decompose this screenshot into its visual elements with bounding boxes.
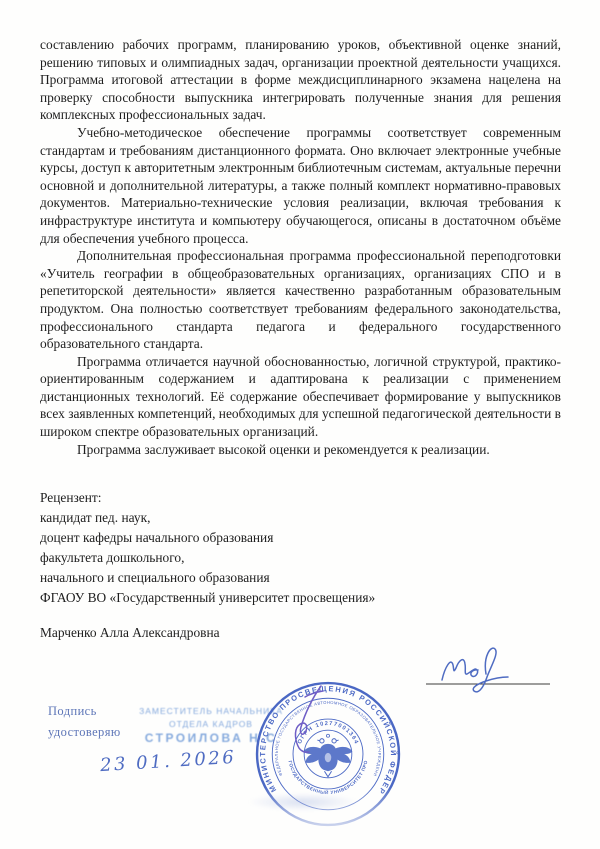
signature-stroke	[442, 648, 508, 692]
certifier-signature-drawing	[283, 683, 335, 765]
document-body: составлению рабочих программ, планирован…	[40, 36, 561, 641]
paragraph-1: составлению рабочих программ, планирован…	[40, 36, 561, 124]
handwritten-date: 23 01. 2026	[99, 747, 236, 776]
certifier-signature	[283, 683, 335, 765]
reviewer-block: Рецензент: кандидат пед. наук, доцент ка…	[40, 488, 561, 607]
reviewer-line: начального и специального образования	[40, 568, 561, 588]
certification-line: Подпись	[48, 701, 121, 722]
reviewer-line: кандидат пед. наук,	[40, 508, 561, 528]
paragraph-4: Программа отличается научной обоснованно…	[40, 353, 561, 441]
paragraph-5: Программа заслуживает высокой оценки и р…	[40, 441, 561, 459]
paragraph-3: Дополнительная профессиональная программ…	[40, 247, 561, 353]
document-page: составлению рабочих программ, планирован…	[0, 0, 600, 849]
signature-drawing	[420, 644, 560, 694]
certification-line: удостоверяю	[48, 722, 121, 743]
reviewer-label: Рецензент:	[40, 488, 561, 508]
reviewer-line: доцент кафедры начального образования	[40, 528, 561, 548]
certification-note: Подпись удостоверяю	[48, 701, 121, 743]
stamp-smudge	[248, 793, 358, 811]
paragraph-2: Учебно-методическое обеспечение программ…	[40, 124, 561, 247]
reviewer-line: ФГАОУ ВО «Государственный университет пр…	[40, 588, 561, 608]
reviewer-line: факультета дошкольного,	[40, 548, 561, 568]
reviewer-name: Марченко Алла Александровна	[40, 624, 561, 642]
certifier-signature-stroke	[295, 686, 323, 752]
reviewer-signature	[420, 644, 560, 694]
